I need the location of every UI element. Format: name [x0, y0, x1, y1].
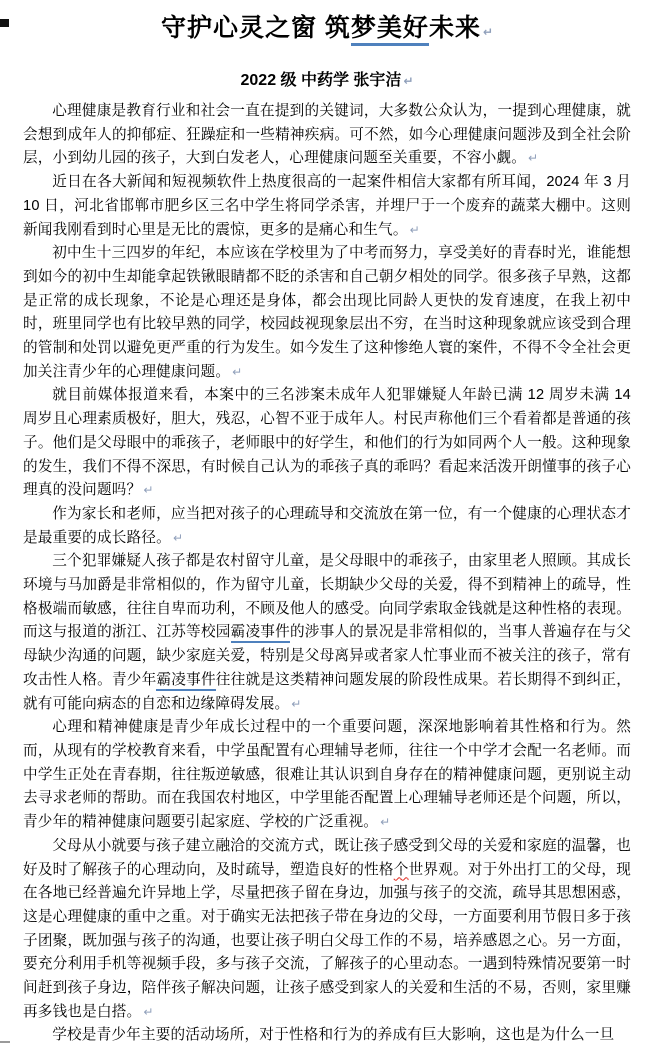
paragraph-7: 心理和精神健康是青少年成长过程中的一个重要问题，深深地影响着其性格和行为。然而，…: [23, 716, 631, 835]
paragraph-mark: ↵: [173, 531, 183, 545]
paragraph-text: 心理健康是教育行业和社会一直在提到的关键词，大多数公众认为，一提到心理健康，就会…: [23, 103, 631, 166]
document-title: 守护心灵之窗 筑梦美好未来↵: [23, 0, 631, 50]
object-anchor-marker: [0, 19, 9, 27]
paragraph-mark: ↵: [528, 151, 538, 165]
paragraph-6: 三个犯罪嫌疑人孩子都是农村留守儿童，是父母眼中的乖孩子，由家里老人照顾。其成长环…: [23, 550, 631, 716]
paragraph-text: 心理和精神健康是青少年成长过程中的一个重要问题，深深地影响着其性格和行为。然而，…: [23, 719, 631, 830]
paragraph-mark: ↵: [143, 483, 153, 497]
paragraph-mark: ↵: [403, 74, 413, 88]
paragraph-4: 就目前媒体报道来看，本案中的三名涉案未成年人犯罪嫌疑人年龄已满 12 周岁未满 …: [23, 384, 631, 503]
paragraph-mark: ↵: [410, 223, 420, 237]
paragraph-mark: ↵: [143, 1005, 153, 1019]
paragraph-mark: ↵: [483, 25, 493, 39]
paragraph-text: 学校是青少年主要的活动场所，对于性格和行为的养成有巨大影响，这也是为什么一旦: [52, 1027, 614, 1043]
paragraph-text: 作为家长和老师，应当把对孩子的心理疏导和交流放在第一位，有一个健康的心理状态才是…: [23, 506, 631, 546]
page-corner-mark: [0, 1041, 10, 1043]
byline: 2022 级 中药学 张宇洁↵: [23, 70, 631, 92]
byline-text: 2022 级 中药学 张宇洁: [241, 72, 402, 89]
title-text-post: 未来: [429, 14, 481, 42]
paragraph-2: 近日在各大新闻和短视频软件上热度很高的一起案件相信大家都有所耳闻，2024 年 …: [23, 171, 631, 242]
paragraph-text: 初中生十三四岁的年纪，本应该在学校里为了中考而努力，享受美好的青春时光，谁能想到…: [23, 245, 631, 380]
title-spellcheck-underlined-text: 梦美好: [351, 14, 429, 46]
paragraph-8: 父母从小就要与孩子建立融洽的交流方式，既让孩子感受到父母的关爱和家庭的温馨，也好…: [23, 835, 631, 1025]
paragraph-text: 就目前媒体报道来看，本案中的三名涉案未成年人犯罪嫌疑人年龄已满 12 周岁未满 …: [23, 387, 631, 498]
paragraph-mark: ↵: [232, 365, 242, 379]
flagged-term-bullying-2: 霸凌事件: [156, 672, 215, 691]
essay-body: 心理健康是教育行业和社会一直在提到的关键词，大多数公众认为，一提到心理健康，就会…: [23, 100, 631, 1048]
paragraph-3: 初中生十三四岁的年纪，本应该在学校里为了中考而努力，享受美好的青春时光，谁能想到…: [23, 242, 631, 384]
paragraph-9: 学校是青少年主要的活动场所，对于性格和行为的养成有巨大影响，这也是为什么一旦: [23, 1024, 631, 1048]
paragraph-mark: ↵: [291, 697, 301, 711]
paragraph-text: 世界观。对于外出打工的父母，现在各地已经普遍允许异地上学，尽量把孩子留在身边，加…: [23, 862, 631, 1020]
paragraph-mark: ↵: [380, 815, 390, 829]
title-text-pre: 守护心灵之窗 筑: [161, 14, 351, 42]
flagged-typo-term: 个: [394, 862, 409, 878]
paragraph-text: 近日在各大新闻和短视频软件上热度很高的一起案件相信大家都有所耳闻，2024 年 …: [23, 174, 631, 237]
document-page: 守护心灵之窗 筑梦美好未来↵ 2022 级 中药学 张宇洁↵ 心理健康是教育行业…: [0, 0, 652, 1051]
paragraph-1: 心理健康是教育行业和社会一直在提到的关键词，大多数公众认为，一提到心理健康，就会…: [23, 100, 631, 171]
flagged-term-bullying-1: 霸凌事件: [231, 624, 290, 643]
paragraph-5: 作为家长和老师，应当把对孩子的心理疏导和交流放在第一位，有一个健康的心理状态才是…: [23, 503, 631, 550]
